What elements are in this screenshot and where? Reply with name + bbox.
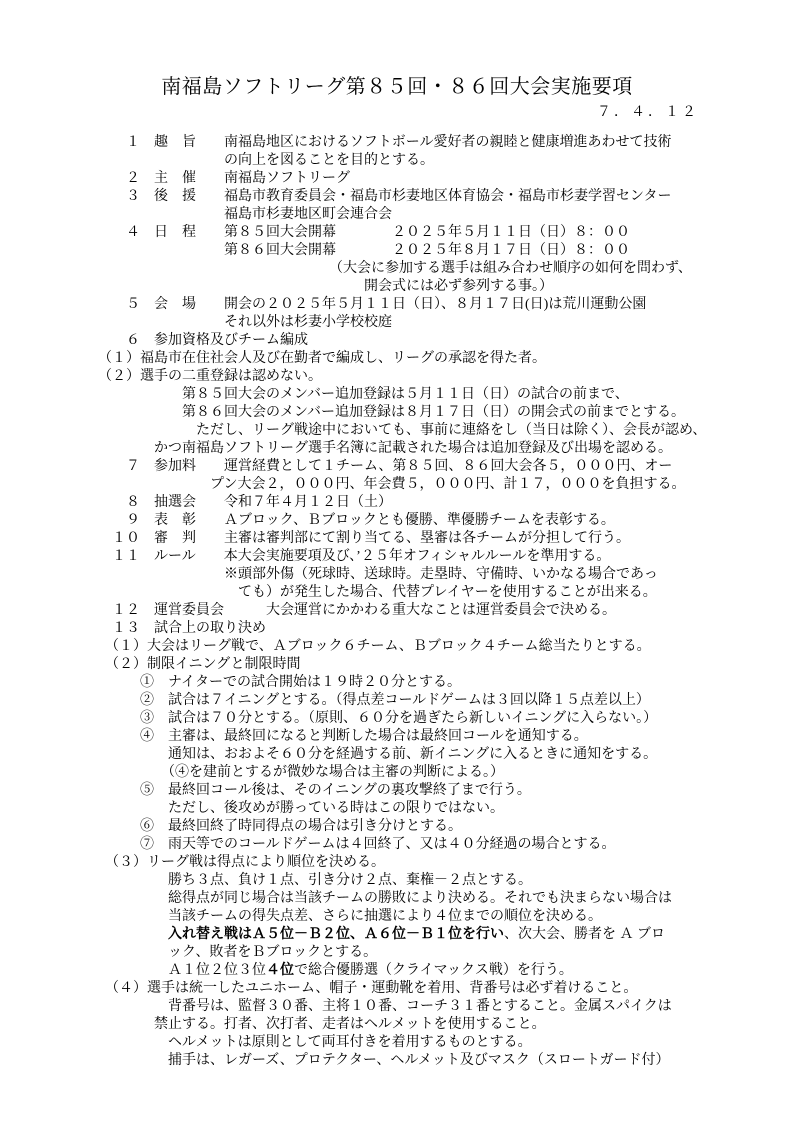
document-line-text: １０ 審 判 主審は審判部にて割り当てる、塁審は各チームが分担して行う。 [98, 531, 630, 546]
document-line-text: ５ 会 場 開会の２０２５年５月１１日（日）、８月１７日(日)は荒川運動公園 [98, 297, 646, 312]
document-line: １２ 運営委員会 大会運営にかかわる重大なことは運営委員会で決める。 [98, 602, 774, 620]
document-line: １１ ルール 本大会実施要項及び、’２５年オフィシャルルールを準用する。 [98, 548, 774, 566]
document-line: （大会に参加する選手は組み合わせ順序の如何を問わず、 [98, 260, 774, 278]
document-line: それ以外は杉妻小学校校庭 [98, 314, 774, 332]
document-line: （３）リーグ戦は得点により順位を決める。 [98, 854, 774, 872]
document-line: 禁止する。打者、次打者、走者はヘルメットを使用すること。 [98, 1016, 774, 1034]
document-line: （④を建前とするが微妙な場合は主審の判断による。） [98, 764, 774, 782]
document-line: （２）選手の二重登録は認めない。 [98, 368, 774, 386]
document-line: 開会式には必ず参列する事。） [98, 278, 774, 296]
document-line: ⑦ 雨天等でのコールドゲームは４回終了、又は４０分経過の場合とする。 [98, 836, 774, 854]
document-line: Ａ１位２位３位４位で総合優勝選（クライマックス戦）を行う。 [98, 962, 774, 980]
document-line: 捕手は、レガーズ、プロテクター、ヘルメット及びマスク（スロートガード付） [98, 1052, 774, 1070]
document-line: 第８６回大会のメンバー追加登録は８月１７日（日）の開会式の前までとする。 [98, 404, 774, 422]
document-line-text: （１）福島市在住社会人及び在勤者で編成し、リーグの承認を得た者。 [98, 351, 546, 366]
document-line-text: ック、敗者をＢブロックとする。 [98, 945, 377, 960]
document-line: ただし、後攻めが勝っている時はこの限りではない。 [98, 800, 774, 818]
document-line: ① ナイターでの試合開始は１９時２０分とする。 [98, 674, 774, 692]
document-line-text: １ 趣 旨 南福島地区におけるソフトボール愛好者の親睦と健康増進あわせて技術 [98, 135, 671, 150]
document-line-text: ③ 試合は７０分とする。（原則、６０分を過ぎたら新しいイニングに入らない。） [98, 711, 657, 726]
document-line-text: それ以外は杉妻小学校校庭 [98, 315, 392, 330]
document-line-text: ⑤ 最終回コール後は、そのイニングの裏攻撃終了まで行う。 [98, 783, 531, 798]
document-line: ② 試合は７イニングとする。（得点差コールドゲームは３回以降１５点差以上） [98, 692, 774, 710]
document-line-text: ６ 参加資格及びチーム編成 [98, 333, 308, 348]
document-line: ２ 主 催 南福島ソフトリーグ [98, 170, 774, 188]
document-line-text: ※頭部外傷（死球時、送球時。走塁時、守備時、いかなる場合であっ [98, 567, 658, 582]
document-line-text: 、次大会、勝者を Ａ ブロ [504, 927, 665, 942]
document-line-text: １２ 運営委員会 大会運営にかかわる重大なことは運営委員会で決める。 [98, 603, 616, 618]
document-line-text: ８ 抽選会 令和７年４月１２日（土） [98, 495, 392, 510]
document-line: ５ 会 場 開会の２０２５年５月１１日（日）、８月１７日(日)は荒川運動公園 [98, 296, 774, 314]
document-line: ック、敗者をＢブロックとする。 [98, 944, 774, 962]
document-date: ７．４．１２ [597, 101, 699, 121]
document-line-text: 通知は、おおよそ６０分を経過する前、新イニングに入るときに通知をする。 [98, 747, 657, 762]
document-line-text: 勝ち３点、負け１点、引き分け２点、棄権－２点とする。 [98, 873, 532, 888]
document-line: （２）制限イニングと制限時間 [98, 656, 774, 674]
document-line-text: ９ 表 彰 Ａブロック、Ｂブロックとも優勝、準優勝チームを表彰する。 [98, 513, 615, 528]
document-line-text: （④を建前とするが微妙な場合は主審の判断による。） [98, 765, 504, 780]
document-line-text: 福島市杉妻地区町会連合会 [98, 207, 392, 222]
document-line-text: ただし、後攻めが勝っている時はこの限りではない。 [98, 801, 504, 816]
document-line: 第８６回大会開幕 ２０２５年８月１７日（日）８：００ [98, 242, 774, 260]
document-line: 背番号は、監督３０番、主将１０番、コーチ３１番とすること。金属スパイクは [98, 998, 774, 1016]
document-line-text: 背番号は、監督３０番、主将１０番、コーチ３１番とすること。金属スパイクは [98, 999, 672, 1014]
document-line: 第８５回大会のメンバー追加登録は５月１１日（日）の試合の前まで、 [98, 386, 774, 404]
document-line-text [98, 927, 168, 942]
document-line: （４）選手は統一したユニホーム、帽子・運動靴を着用、背番号は必ず着けること。 [98, 980, 774, 998]
document-line-text: ⑦ 雨天等でのコールドゲームは４回終了、又は４０分経過の場合とする。 [98, 837, 615, 852]
document-line: プン大会２，０００円、年会費５，０００円、計１７，０００を負担する。 [98, 476, 774, 494]
document-line: ③ 試合は７０分とする。（原則、６０分を過ぎたら新しいイニングに入らない。） [98, 710, 774, 728]
document-title: 南福島ソフトリーグ第８５回・８６回大会実施要項 [0, 74, 794, 100]
document-line-text: プン大会２，０００円、年会費５，０００円、計１７，０００を負担する。 [98, 477, 685, 492]
document-line-text: ７ 参加料 運営経費として１チーム、第８５回、８６回大会各５，０００円、オー [98, 459, 672, 474]
document-line-text: 捕手は、レガーズ、プロテクター、ヘルメット及びマスク（スロートガード付） [98, 1053, 669, 1068]
document-line-text: 禁止する。打者、次打者、走者はヘルメットを使用すること。 [98, 1017, 546, 1032]
document-line: 福島市杉妻地区町会連合会 [98, 206, 774, 224]
document-line-text: ても）が発生した場合、代替プレイヤーを使用することが出来る。 [98, 585, 657, 600]
document-line-text: ④ 主審は、最終回になると判断した場合は最終回コールを通知する。 [98, 729, 588, 744]
document-line-text: ヘルメットは原則として両耳付きを着用するものとする。 [98, 1035, 532, 1050]
document-line: 勝ち３点、負け１点、引き分け２点、棄権－２点とする。 [98, 872, 774, 890]
document-line: ⑥ 最終回終了時同得点の場合は引き分けとする。 [98, 818, 774, 836]
document-line-text: かつ南福島ソフトリーグ選手名簿に記載された場合は追加登録及び出場を認める。 [98, 441, 672, 456]
document-line-text: ② 試合は７イニングとする。（得点差コールドゲームは３回以降１５点差以上） [98, 693, 650, 708]
document-line-bold-text: 入れ替え戦はＡ５位－Ｂ２位、Ａ６位－Ｂ１位を行い [168, 927, 504, 942]
document-line-text: 第８６回大会開幕 ２０２５年８月１７日（日）８：００ [98, 243, 630, 258]
document-line-text: （大会に参加する選手は組み合わせ順序の如何を問わず、 [98, 261, 692, 276]
document-line: １ 趣 旨 南福島地区におけるソフトボール愛好者の親睦と健康増進あわせて技術 [98, 134, 774, 152]
document-line: ６ 参加資格及びチーム編成 [98, 332, 774, 350]
document-line: かつ南福島ソフトリーグ選手名簿に記載された場合は追加登録及び出場を認める。 [98, 440, 774, 458]
document-line: ７ 参加料 運営経費として１チーム、第８５回、８６回大会各５，０００円、オー [98, 458, 774, 476]
document-line: ３ 後 援 福島市教育委員会・福島市杉妻地区体育協会・福島市杉妻学習センター [98, 188, 774, 206]
document-line-text: ただし、リーグ戦途中においても、事前に連絡をし（当日は除く）、会長が認め、 [98, 423, 706, 438]
document-line: ただし、リーグ戦途中においても、事前に連絡をし（当日は除く）、会長が認め、 [98, 422, 774, 440]
document-line: １０ 審 判 主審は審判部にて割り当てる、塁審は各チームが分担して行う。 [98, 530, 774, 548]
document-line-bold-text: ４位 [266, 963, 294, 978]
document-line-text: （１）大会はリーグ戦で、Ａブロック６チーム、Ｂブロック４チーム総当たりとする。 [98, 639, 651, 654]
document-line-text: 総得点が同じ場合は当該チームの勝敗により決める。それでも決まらない場合は [98, 891, 672, 906]
document-line-text: （２）選手の二重登録は認めない。 [98, 369, 322, 384]
document-line-text: （４）選手は統一したユニホーム、帽子・運動靴を着用、背番号は必ず着けること。 [98, 981, 637, 996]
document-lines: １ 趣 旨 南福島地区におけるソフトボール愛好者の親睦と健康増進あわせて技術 の… [98, 134, 774, 1070]
document-line: 当該チームの得失点差、さらに抽選により４位までの順位を決める。 [98, 908, 774, 926]
document-line: ⑤ 最終回コール後は、そのイニングの裏攻撃終了まで行う。 [98, 782, 774, 800]
document-line-text: 第８６回大会のメンバー追加登録は８月１７日（日）の開会式の前までとする。 [98, 405, 685, 420]
document-line: ヘルメットは原則として両耳付きを着用するものとする。 [98, 1034, 774, 1052]
document-line-text: 開会式には必ず参列する事。） [98, 279, 553, 294]
document-line: １３ 試合上の取り決め [98, 620, 774, 638]
document-line: ※頭部外傷（死球時、送球時。走塁時、守備時、いかなる場合であっ [98, 566, 774, 584]
document-line-text: ⑥ 最終回終了時同得点の場合は引き分けとする。 [98, 819, 462, 834]
document-page: 南福島ソフトリーグ第８５回・８６回大会実施要項 ７．４．１２ １ 趣 旨 南福島… [0, 0, 794, 1123]
document-line: 入れ替え戦はＡ５位－Ｂ２位、Ａ６位－Ｂ１位を行い、次大会、勝者を Ａ ブロ [98, 926, 774, 944]
document-line: 総得点が同じ場合は当該チームの勝敗により決める。それでも決まらない場合は [98, 890, 774, 908]
document-line-text: 当該チームの得失点差、さらに抽選により４位までの順位を決める。 [98, 909, 602, 924]
document-line-text: （３）リーグ戦は得点により順位を決める。 [98, 855, 385, 870]
document-line: （１）大会はリーグ戦で、Ａブロック６チーム、Ｂブロック４チーム総当たりとする。 [98, 638, 774, 656]
document-line-text: 第８５回大会のメンバー追加登録は５月１１日（日）の試合の前まで、 [98, 387, 629, 402]
document-line-text: ３ 後 援 福島市教育委員会・福島市杉妻地区体育協会・福島市杉妻学習センター [98, 189, 671, 204]
document-line: ても）が発生した場合、代替プレイヤーを使用することが出来る。 [98, 584, 774, 602]
document-line: ９ 表 彰 Ａブロック、Ｂブロックとも優勝、準優勝チームを表彰する。 [98, 512, 774, 530]
document-line-text: の向上を図ることを目的とする。 [98, 153, 434, 168]
document-line: ④ 主審は、最終回になると判断した場合は最終回コールを通知する。 [98, 728, 774, 746]
document-line-text: １３ 試合上の取り決め [98, 621, 266, 636]
document-line-text: ① ナイターでの試合開始は１９時２０分とする。 [98, 675, 461, 690]
document-line: （１）福島市在住社会人及び在勤者で編成し、リーグの承認を得た者。 [98, 350, 774, 368]
document-line-text: で総合優勝選（クライマックス戦）を行う。 [294, 963, 573, 978]
document-line: ８ 抽選会 令和７年４月１２日（土） [98, 494, 774, 512]
document-line-text: （２）制限イニングと制限時間 [98, 657, 300, 672]
document-line: の向上を図ることを目的とする。 [98, 152, 774, 170]
document-line: ４ 日 程 第８５回大会開幕 ２０２５年５月１１日（日）８：００ [98, 224, 774, 242]
document-line-text: ４ 日 程 第８５回大会開幕 ２０２５年５月１１日（日）８：００ [98, 225, 630, 240]
document-line-text: １１ ルール 本大会実施要項及び、’２５年オフィシャルルールを準用する。 [98, 549, 610, 564]
document-line: 通知は、おおよそ６０分を経過する前、新イニングに入るときに通知をする。 [98, 746, 774, 764]
document-line-text: Ａ１位２位３位 [98, 963, 266, 978]
document-line-text: ２ 主 催 南福島ソフトリーグ [98, 171, 350, 186]
